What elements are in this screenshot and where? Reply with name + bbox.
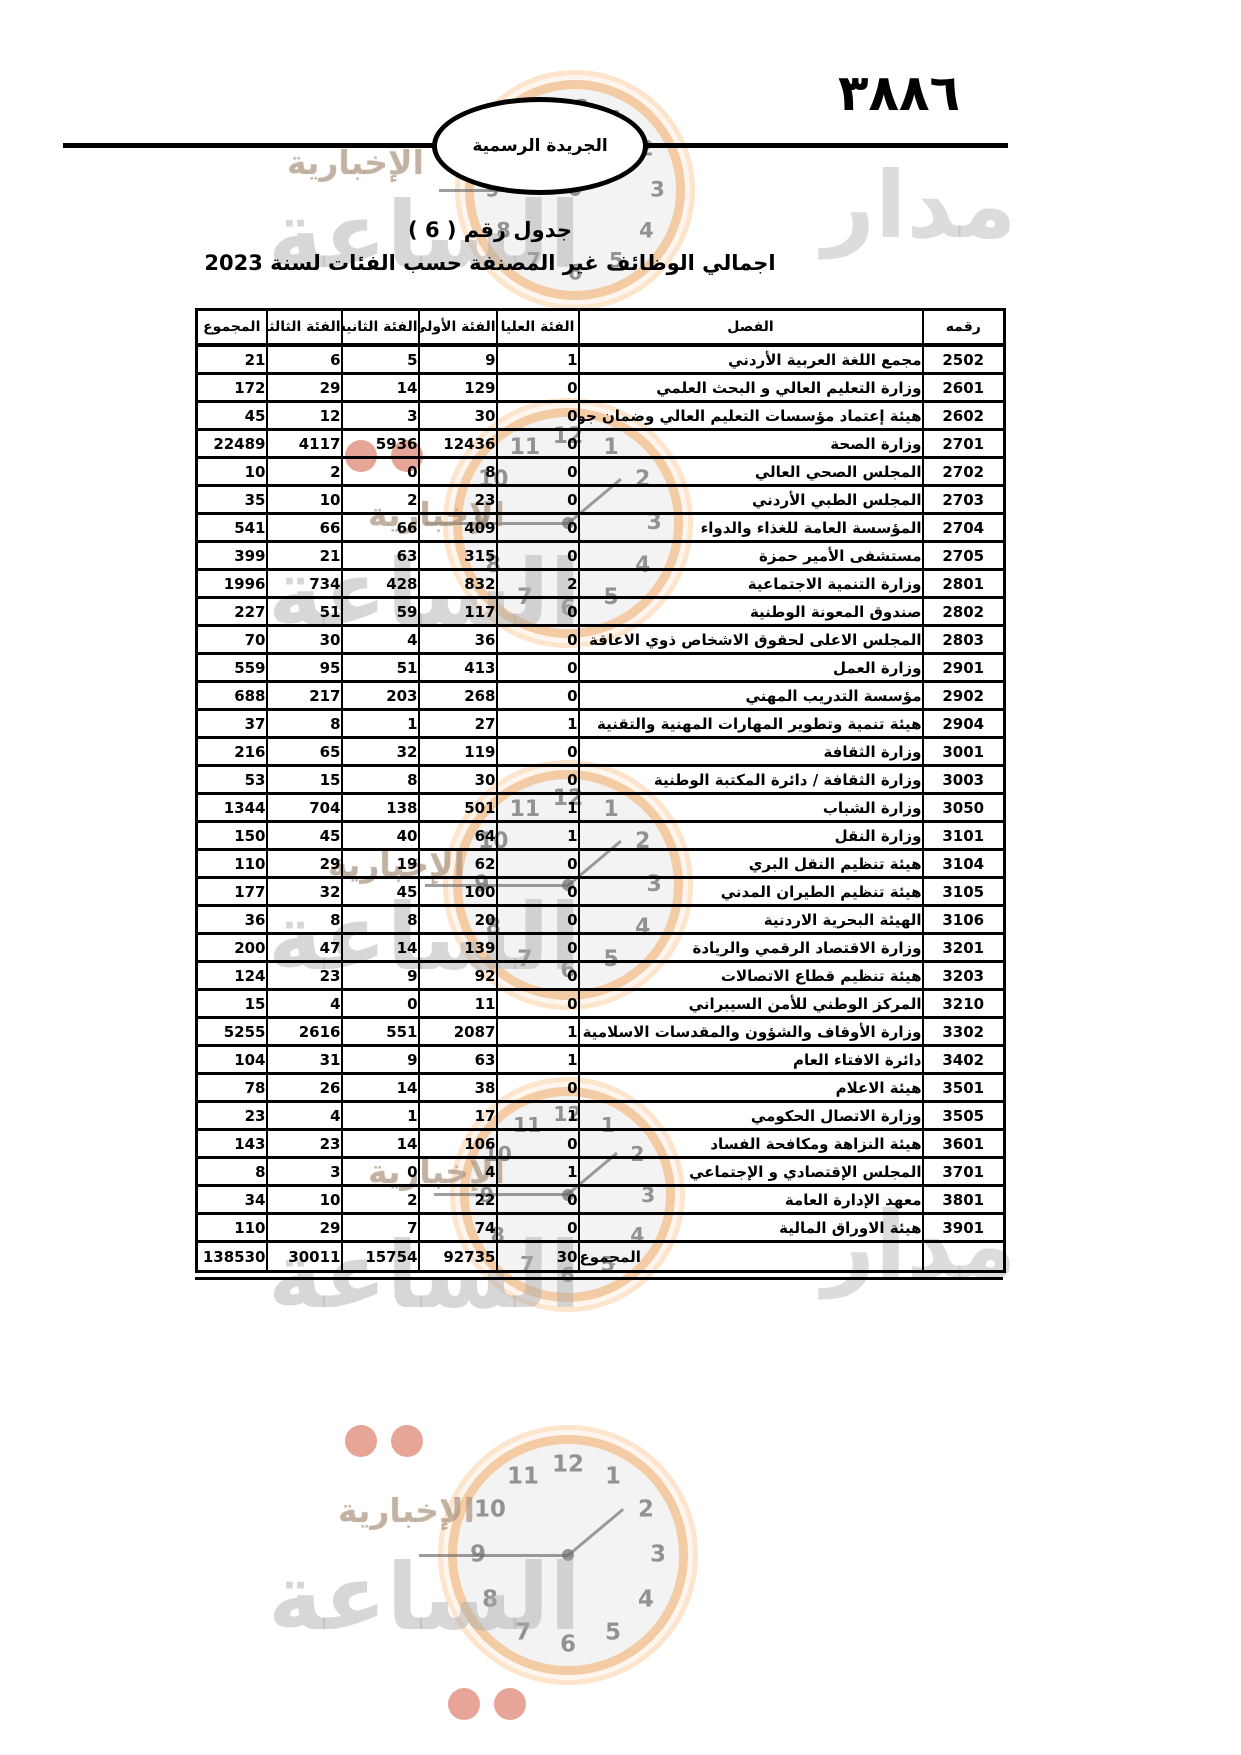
second-category-cell: 32 xyxy=(342,738,419,766)
first-category-cell: 268 xyxy=(419,682,497,710)
row-number-cell: 3501 xyxy=(923,1074,1005,1102)
chapter-cell: المجلس الإقتصادي و الإجتماعي xyxy=(579,1158,923,1186)
third-category-cell: 704 xyxy=(267,794,342,822)
first-category-cell: 8 xyxy=(419,458,497,486)
chapter-cell: وزارة التنمية الاجتماعية xyxy=(579,570,923,598)
chapter-cell: مجمع اللغة العربية الأردني xyxy=(579,345,923,374)
row-number-cell: 2601 xyxy=(923,374,1005,402)
second-category-cell: 0 xyxy=(342,990,419,1018)
third-category-cell: 26 xyxy=(267,1074,342,1102)
third-category-cell: 8 xyxy=(267,906,342,934)
upper-category-cell: 1 xyxy=(497,345,579,374)
row-number-cell: 2802 xyxy=(923,598,1005,626)
first-category-cell: 92 xyxy=(419,962,497,990)
first-category-cell: 74 xyxy=(419,1214,497,1242)
third-category-cell: 10 xyxy=(267,1186,342,1214)
second-category-cell: 14 xyxy=(342,374,419,402)
third-category-cell: 4 xyxy=(267,990,342,1018)
chapter-cell: وزارة الاتصال الحكومي xyxy=(579,1102,923,1130)
upper-category-cell: 0 xyxy=(497,654,579,682)
table-row: 3105هيئة تنظيم الطيران المدني01004532177 xyxy=(197,878,1005,906)
third-category-cell: 29 xyxy=(267,374,342,402)
third-category-cell: 30 xyxy=(267,626,342,654)
jobs-table: رقمهالفصلالفئة العلياالفئة الأولىالفئة ا… xyxy=(195,308,1006,1273)
total-total-cell: 138530 xyxy=(197,1242,267,1272)
first-category-cell: 64 xyxy=(419,822,497,850)
total-cell: 541 xyxy=(197,514,267,542)
total-cell: 177 xyxy=(197,878,267,906)
table-row: 3101وزارة النقل1644045150 xyxy=(197,822,1005,850)
jobs-table-wrapper: رقمهالفصلالفئة العلياالفئة الأولىالفئة ا… xyxy=(195,308,1003,1280)
second-category-cell: 7 xyxy=(342,1214,419,1242)
total-cell: 37 xyxy=(197,710,267,738)
table-row: 3003وزارة الثقافة / دائرة المكتبة الوطني… xyxy=(197,766,1005,794)
upper-category-cell: 0 xyxy=(497,1130,579,1158)
third-category-cell: 734 xyxy=(267,570,342,598)
total-cell: 22489 xyxy=(197,430,267,458)
chapter-cell: المؤسسة العامة للغذاء والدواء xyxy=(579,514,923,542)
table-title: جدول رقم ( 6 ) xyxy=(140,218,840,242)
third-category-cell: 95 xyxy=(267,654,342,682)
total-cell: 34 xyxy=(197,1186,267,1214)
row-number-cell: 2602 xyxy=(923,402,1005,430)
upper-category-cell: 0 xyxy=(497,626,579,654)
table-row: 2703المجلس الطبي الأردني02321035 xyxy=(197,486,1005,514)
row-number-cell: 2901 xyxy=(923,654,1005,682)
table-row: 2902مؤسسة التدريب المهني0268203217688 xyxy=(197,682,1005,710)
total-cell: 35 xyxy=(197,486,267,514)
first-category-cell: 11 xyxy=(419,990,497,1018)
chapter-cell: هيئة إعتماد مؤسسات التعليم العالي وضمان … xyxy=(579,402,923,430)
chapter-cell: هيئة النزاهة ومكافحة الفساد xyxy=(579,1130,923,1158)
second-category-cell: 45 xyxy=(342,878,419,906)
second-category-cell: 51 xyxy=(342,654,419,682)
chapter-cell: وزارة النقل xyxy=(579,822,923,850)
first-category-cell: 62 xyxy=(419,850,497,878)
first-category-cell: 12436 xyxy=(419,430,497,458)
second-category-cell: 59 xyxy=(342,598,419,626)
chapter-cell: المجلس الطبي الأردني xyxy=(579,486,923,514)
first-category-cell: 9 xyxy=(419,345,497,374)
third-category-cell: 217 xyxy=(267,682,342,710)
chapter-cell: مستشفى الأمير حمزة xyxy=(579,542,923,570)
header-total-cell: المجموع xyxy=(197,310,267,346)
table-row: 3505وزارة الاتصال الحكومي1171423 xyxy=(197,1102,1005,1130)
row-number-cell: 2803 xyxy=(923,626,1005,654)
row-number-cell: 3201 xyxy=(923,934,1005,962)
table-row: 3201وزارة الاقتصاد الرقمي والريادة013914… xyxy=(197,934,1005,962)
upper-category-cell: 0 xyxy=(497,682,579,710)
total-cell: 104 xyxy=(197,1046,267,1074)
total-cell: 70 xyxy=(197,626,267,654)
upper-category-cell: 1 xyxy=(497,822,579,850)
upper-category-cell: 0 xyxy=(497,990,579,1018)
first-category-cell: 139 xyxy=(419,934,497,962)
total-cell: 53 xyxy=(197,766,267,794)
row-number-cell: 3105 xyxy=(923,878,1005,906)
row-number-cell: 3505 xyxy=(923,1102,1005,1130)
table-row: 3302وزارة الأوقاف والشؤون والمقدسات الاس… xyxy=(197,1018,1005,1046)
jobs-table-body: 2502مجمع اللغة العربية الأردني1956212601… xyxy=(197,345,1005,1272)
header-upper-category-cell: الفئة العليا xyxy=(497,310,579,346)
third-category-cell: 10 xyxy=(267,486,342,514)
first-category-cell: 38 xyxy=(419,1074,497,1102)
table-row: 3901هيئة الاوراق المالية074729110 xyxy=(197,1214,1005,1242)
chapter-cell: هيئة تنظيم قطاع الاتصالات xyxy=(579,962,923,990)
upper-category-cell: 0 xyxy=(497,486,579,514)
second-category-cell: 428 xyxy=(342,570,419,598)
chapter-cell: وزارة الثقافة xyxy=(579,738,923,766)
total-cell: 150 xyxy=(197,822,267,850)
total-cell: 124 xyxy=(197,962,267,990)
total-cell: 110 xyxy=(197,1214,267,1242)
total-cell: 216 xyxy=(197,738,267,766)
row-number-cell: 3901 xyxy=(923,1214,1005,1242)
upper-category-cell: 1 xyxy=(497,1046,579,1074)
table-row: 3701المجلس الإقتصادي و الإجتماعي14038 xyxy=(197,1158,1005,1186)
third-category-cell: 2616 xyxy=(267,1018,342,1046)
third-category-cell: 45 xyxy=(267,822,342,850)
second-category-cell: 19 xyxy=(342,850,419,878)
upper-category-cell: 0 xyxy=(497,430,579,458)
row-number-cell: 3001 xyxy=(923,738,1005,766)
chapter-cell: وزارة الأوقاف والشؤون والمقدسات الاسلامي… xyxy=(579,1018,923,1046)
chapter-cell: دائرة الافتاء العام xyxy=(579,1046,923,1074)
row-number-cell: 2902 xyxy=(923,682,1005,710)
chapter-cell: هيئة تنمية وتطوير المهارات المهنية والتق… xyxy=(579,710,923,738)
row-number-cell: 2502 xyxy=(923,345,1005,374)
chapter-cell: هيئة الاوراق المالية xyxy=(579,1214,923,1242)
total-cell: 227 xyxy=(197,598,267,626)
table-row: 2701وزارة الصحة0124365936411722489 xyxy=(197,430,1005,458)
table-row: 3210المركز الوطني للأمن السيبراني0110415 xyxy=(197,990,1005,1018)
upper-category-cell: 0 xyxy=(497,850,579,878)
header-first-category-cell: الفئة الأولى xyxy=(419,310,497,346)
first-category-cell: 4 xyxy=(419,1158,497,1186)
table-row: 2601وزارة التعليم العالي و البحث العلمي0… xyxy=(197,374,1005,402)
second-category-cell: 9 xyxy=(342,1046,419,1074)
row-number-cell: 3003 xyxy=(923,766,1005,794)
chapter-cell: وزارة التعليم العالي و البحث العلمي xyxy=(579,374,923,402)
first-category-cell: 20 xyxy=(419,906,497,934)
second-category-cell: 5 xyxy=(342,345,419,374)
third-category-cell: 29 xyxy=(267,1214,342,1242)
header-row-number-cell: رقمه xyxy=(923,310,1005,346)
upper-category-cell: 0 xyxy=(497,738,579,766)
row-number-cell: 3302 xyxy=(923,1018,1005,1046)
upper-category-cell: 2 xyxy=(497,570,579,598)
chapter-cell: وزارة العمل xyxy=(579,654,923,682)
second-category-cell: 138 xyxy=(342,794,419,822)
second-category-cell: 9 xyxy=(342,962,419,990)
upper-category-cell: 1 xyxy=(497,1102,579,1130)
total-cell: 200 xyxy=(197,934,267,962)
table-row: 2801وزارة التنمية الاجتماعية283242873419… xyxy=(197,570,1005,598)
upper-category-cell: 1 xyxy=(497,1018,579,1046)
second-category-cell: 14 xyxy=(342,1074,419,1102)
total-cell: 8 xyxy=(197,1158,267,1186)
third-category-cell: 6 xyxy=(267,345,342,374)
header-chapter-cell: الفصل xyxy=(579,310,923,346)
second-category-cell: 5936 xyxy=(342,430,419,458)
third-category-cell: 8 xyxy=(267,710,342,738)
total-cell: 399 xyxy=(197,542,267,570)
second-category-cell: 40 xyxy=(342,822,419,850)
table-row: 2901وزارة العمل04135195559 xyxy=(197,654,1005,682)
second-category-cell: 66 xyxy=(342,514,419,542)
row-number-cell: 3801 xyxy=(923,1186,1005,1214)
table-row: 3050وزارة الشباب15011387041344 xyxy=(197,794,1005,822)
upper-category-cell: 0 xyxy=(497,906,579,934)
chapter-cell: وزارة الثقافة / دائرة المكتبة الوطنية xyxy=(579,766,923,794)
second-category-cell: 203 xyxy=(342,682,419,710)
second-category-cell: 2 xyxy=(342,486,419,514)
first-category-cell: 106 xyxy=(419,1130,497,1158)
chapter-cell: مؤسسة التدريب المهني xyxy=(579,682,923,710)
row-number-cell: 3210 xyxy=(923,990,1005,1018)
row-number-cell: 3203 xyxy=(923,962,1005,990)
chapter-cell: صندوق المعونة الوطنية xyxy=(579,598,923,626)
second-category-cell: 0 xyxy=(342,458,419,486)
upper-category-cell: 0 xyxy=(497,934,579,962)
upper-category-cell: 0 xyxy=(497,878,579,906)
second-category-cell: 1 xyxy=(342,710,419,738)
chapter-cell: المركز الوطني للأمن السيبراني xyxy=(579,990,923,1018)
third-category-cell: 2 xyxy=(267,458,342,486)
total-cell: 688 xyxy=(197,682,267,710)
second-category-cell: 63 xyxy=(342,542,419,570)
first-category-cell: 501 xyxy=(419,794,497,822)
total-cell: 78 xyxy=(197,1074,267,1102)
title-block: جدول رقم ( 6 ) اجمالي الوظائف غير المصنف… xyxy=(140,218,840,275)
total-first-category-cell: 92735 xyxy=(419,1242,497,1272)
third-category-cell: 4 xyxy=(267,1102,342,1130)
upper-category-cell: 1 xyxy=(497,794,579,822)
second-category-cell: 0 xyxy=(342,1158,419,1186)
second-category-cell: 1 xyxy=(342,1102,419,1130)
upper-category-cell: 0 xyxy=(497,962,579,990)
first-category-cell: 36 xyxy=(419,626,497,654)
total-cell: 45 xyxy=(197,402,267,430)
chapter-cell: معهد الإدارة العامة xyxy=(579,1186,923,1214)
total-cell: 21 xyxy=(197,345,267,374)
total-cell: 1996 xyxy=(197,570,267,598)
total-row-number-cell xyxy=(923,1242,1005,1272)
page-number: ٣٨٨٦ xyxy=(838,68,960,118)
first-category-cell: 22 xyxy=(419,1186,497,1214)
upper-category-cell: 0 xyxy=(497,1186,579,1214)
first-category-cell: 23 xyxy=(419,486,497,514)
total-cell: 23 xyxy=(197,1102,267,1130)
first-category-cell: 63 xyxy=(419,1046,497,1074)
first-category-cell: 100 xyxy=(419,878,497,906)
total-cell: 172 xyxy=(197,374,267,402)
gazette-label: الجريدة الرسمية xyxy=(472,136,607,156)
first-category-cell: 30 xyxy=(419,766,497,794)
chapter-cell: وزارة الاقتصاد الرقمي والريادة xyxy=(579,934,923,962)
total-cell: 15 xyxy=(197,990,267,1018)
table-row: 3203هيئة تنظيم قطاع الاتصالات092923124 xyxy=(197,962,1005,990)
second-category-cell: 2 xyxy=(342,1186,419,1214)
chapter-cell: المجلس الصحي العالي xyxy=(579,458,923,486)
table-row: 2702المجلس الصحي العالي080210 xyxy=(197,458,1005,486)
table-row: 3501هيئة الاعلام038142678 xyxy=(197,1074,1005,1102)
total-cell: 36 xyxy=(197,906,267,934)
table-row: 3601هيئة النزاهة ومكافحة الفساد010614231… xyxy=(197,1130,1005,1158)
row-number-cell: 3050 xyxy=(923,794,1005,822)
upper-category-cell: 0 xyxy=(497,1074,579,1102)
table-subtitle: اجمالي الوظائف غير المصنفة حسب الفئات لس… xyxy=(140,251,840,275)
total-upper-category-cell: 30 xyxy=(497,1242,579,1272)
second-category-cell: 4 xyxy=(342,626,419,654)
third-category-cell: 51 xyxy=(267,598,342,626)
first-category-cell: 129 xyxy=(419,374,497,402)
total-chapter-cell: المجموع xyxy=(579,1242,923,1272)
row-number-cell: 2702 xyxy=(923,458,1005,486)
total-cell: 1344 xyxy=(197,794,267,822)
header-second-category-cell: الفئة الثانية xyxy=(342,310,419,346)
chapter-cell: وزارة الصحة xyxy=(579,430,923,458)
row-number-cell: 2801 xyxy=(923,570,1005,598)
third-category-cell: 23 xyxy=(267,1130,342,1158)
upper-category-cell: 0 xyxy=(497,542,579,570)
chapter-cell: المجلس الاعلى لحقوق الاشخاص ذوي الاعاقة xyxy=(579,626,923,654)
second-category-cell: 14 xyxy=(342,1130,419,1158)
table-row: 3106الهيئة البحرية الاردنية0208836 xyxy=(197,906,1005,934)
total-cell: 10 xyxy=(197,458,267,486)
table-row: 2904هيئة تنمية وتطوير المهارات المهنية و… xyxy=(197,710,1005,738)
table-total-row: المجموع30927351575430011138530 xyxy=(197,1242,1005,1272)
row-number-cell: 3601 xyxy=(923,1130,1005,1158)
first-category-cell: 119 xyxy=(419,738,497,766)
third-category-cell: 4117 xyxy=(267,430,342,458)
second-category-cell: 551 xyxy=(342,1018,419,1046)
row-number-cell: 2704 xyxy=(923,514,1005,542)
chapter-cell: وزارة الشباب xyxy=(579,794,923,822)
third-category-cell: 12 xyxy=(267,402,342,430)
row-number-cell: 3101 xyxy=(923,822,1005,850)
first-category-cell: 30 xyxy=(419,402,497,430)
upper-category-cell: 0 xyxy=(497,402,579,430)
header-third-category-cell: الفئة الثالثة xyxy=(267,310,342,346)
total-second-category-cell: 15754 xyxy=(342,1242,419,1272)
upper-category-cell: 0 xyxy=(497,1214,579,1242)
table-row: 2803المجلس الاعلى لحقوق الاشخاص ذوي الاع… xyxy=(197,626,1005,654)
row-number-cell: 3104 xyxy=(923,850,1005,878)
total-cell: 110 xyxy=(197,850,267,878)
upper-category-cell: 1 xyxy=(497,710,579,738)
first-category-cell: 832 xyxy=(419,570,497,598)
row-number-cell: 2705 xyxy=(923,542,1005,570)
table-row: 2705مستشفى الأمير حمزة03156321399 xyxy=(197,542,1005,570)
second-category-cell: 3 xyxy=(342,402,419,430)
second-category-cell: 14 xyxy=(342,934,419,962)
first-category-cell: 17 xyxy=(419,1102,497,1130)
total-cell: 143 xyxy=(197,1130,267,1158)
first-category-cell: 409 xyxy=(419,514,497,542)
third-category-cell: 21 xyxy=(267,542,342,570)
row-number-cell: 2701 xyxy=(923,430,1005,458)
row-number-cell: 2703 xyxy=(923,486,1005,514)
table-row: 3001وزارة الثقافة01193265216 xyxy=(197,738,1005,766)
first-category-cell: 315 xyxy=(419,542,497,570)
row-number-cell: 2904 xyxy=(923,710,1005,738)
table-bottom-rule xyxy=(195,1277,1003,1280)
row-number-cell: 3701 xyxy=(923,1158,1005,1186)
third-category-cell: 3 xyxy=(267,1158,342,1186)
chapter-cell: الهيئة البحرية الاردنية xyxy=(579,906,923,934)
table-row: 2802صندوق المعونة الوطنية01175951227 xyxy=(197,598,1005,626)
table-row: 2602هيئة إعتماد مؤسسات التعليم العالي وض… xyxy=(197,402,1005,430)
third-category-cell: 47 xyxy=(267,934,342,962)
third-category-cell: 31 xyxy=(267,1046,342,1074)
third-category-cell: 29 xyxy=(267,850,342,878)
gazette-seal: الجريدة الرسمية xyxy=(432,97,648,195)
upper-category-cell: 0 xyxy=(497,598,579,626)
second-category-cell: 8 xyxy=(342,906,419,934)
chapter-cell: هيئة تنظيم النقل البري xyxy=(579,850,923,878)
upper-category-cell: 0 xyxy=(497,514,579,542)
table-row: 3801معهد الإدارة العامة02221034 xyxy=(197,1186,1005,1214)
upper-category-cell: 0 xyxy=(497,374,579,402)
third-category-cell: 66 xyxy=(267,514,342,542)
first-category-cell: 27 xyxy=(419,710,497,738)
table-row: 3402دائرة الافتاء العام163931104 xyxy=(197,1046,1005,1074)
total-third-category-cell: 30011 xyxy=(267,1242,342,1272)
table-row: 3104هيئة تنظيم النقل البري0621929110 xyxy=(197,850,1005,878)
chapter-cell: هيئة تنظيم الطيران المدني xyxy=(579,878,923,906)
table-row: 2704المؤسسة العامة للغذاء والدواء0409666… xyxy=(197,514,1005,542)
first-category-cell: 413 xyxy=(419,654,497,682)
upper-category-cell: 0 xyxy=(497,458,579,486)
first-category-cell: 117 xyxy=(419,598,497,626)
total-cell: 5255 xyxy=(197,1018,267,1046)
table-row: 2502مجمع اللغة العربية الأردني195621 xyxy=(197,345,1005,374)
third-category-cell: 32 xyxy=(267,878,342,906)
first-category-cell: 2087 xyxy=(419,1018,497,1046)
total-cell: 559 xyxy=(197,654,267,682)
third-category-cell: 23 xyxy=(267,962,342,990)
upper-category-cell: 1 xyxy=(497,1158,579,1186)
upper-category-cell: 0 xyxy=(497,766,579,794)
third-category-cell: 65 xyxy=(267,738,342,766)
chapter-cell: هيئة الاعلام xyxy=(579,1074,923,1102)
second-category-cell: 8 xyxy=(342,766,419,794)
third-category-cell: 15 xyxy=(267,766,342,794)
row-number-cell: 3402 xyxy=(923,1046,1005,1074)
jobs-table-header: رقمهالفصلالفئة العلياالفئة الأولىالفئة ا… xyxy=(197,310,1005,346)
row-number-cell: 3106 xyxy=(923,906,1005,934)
